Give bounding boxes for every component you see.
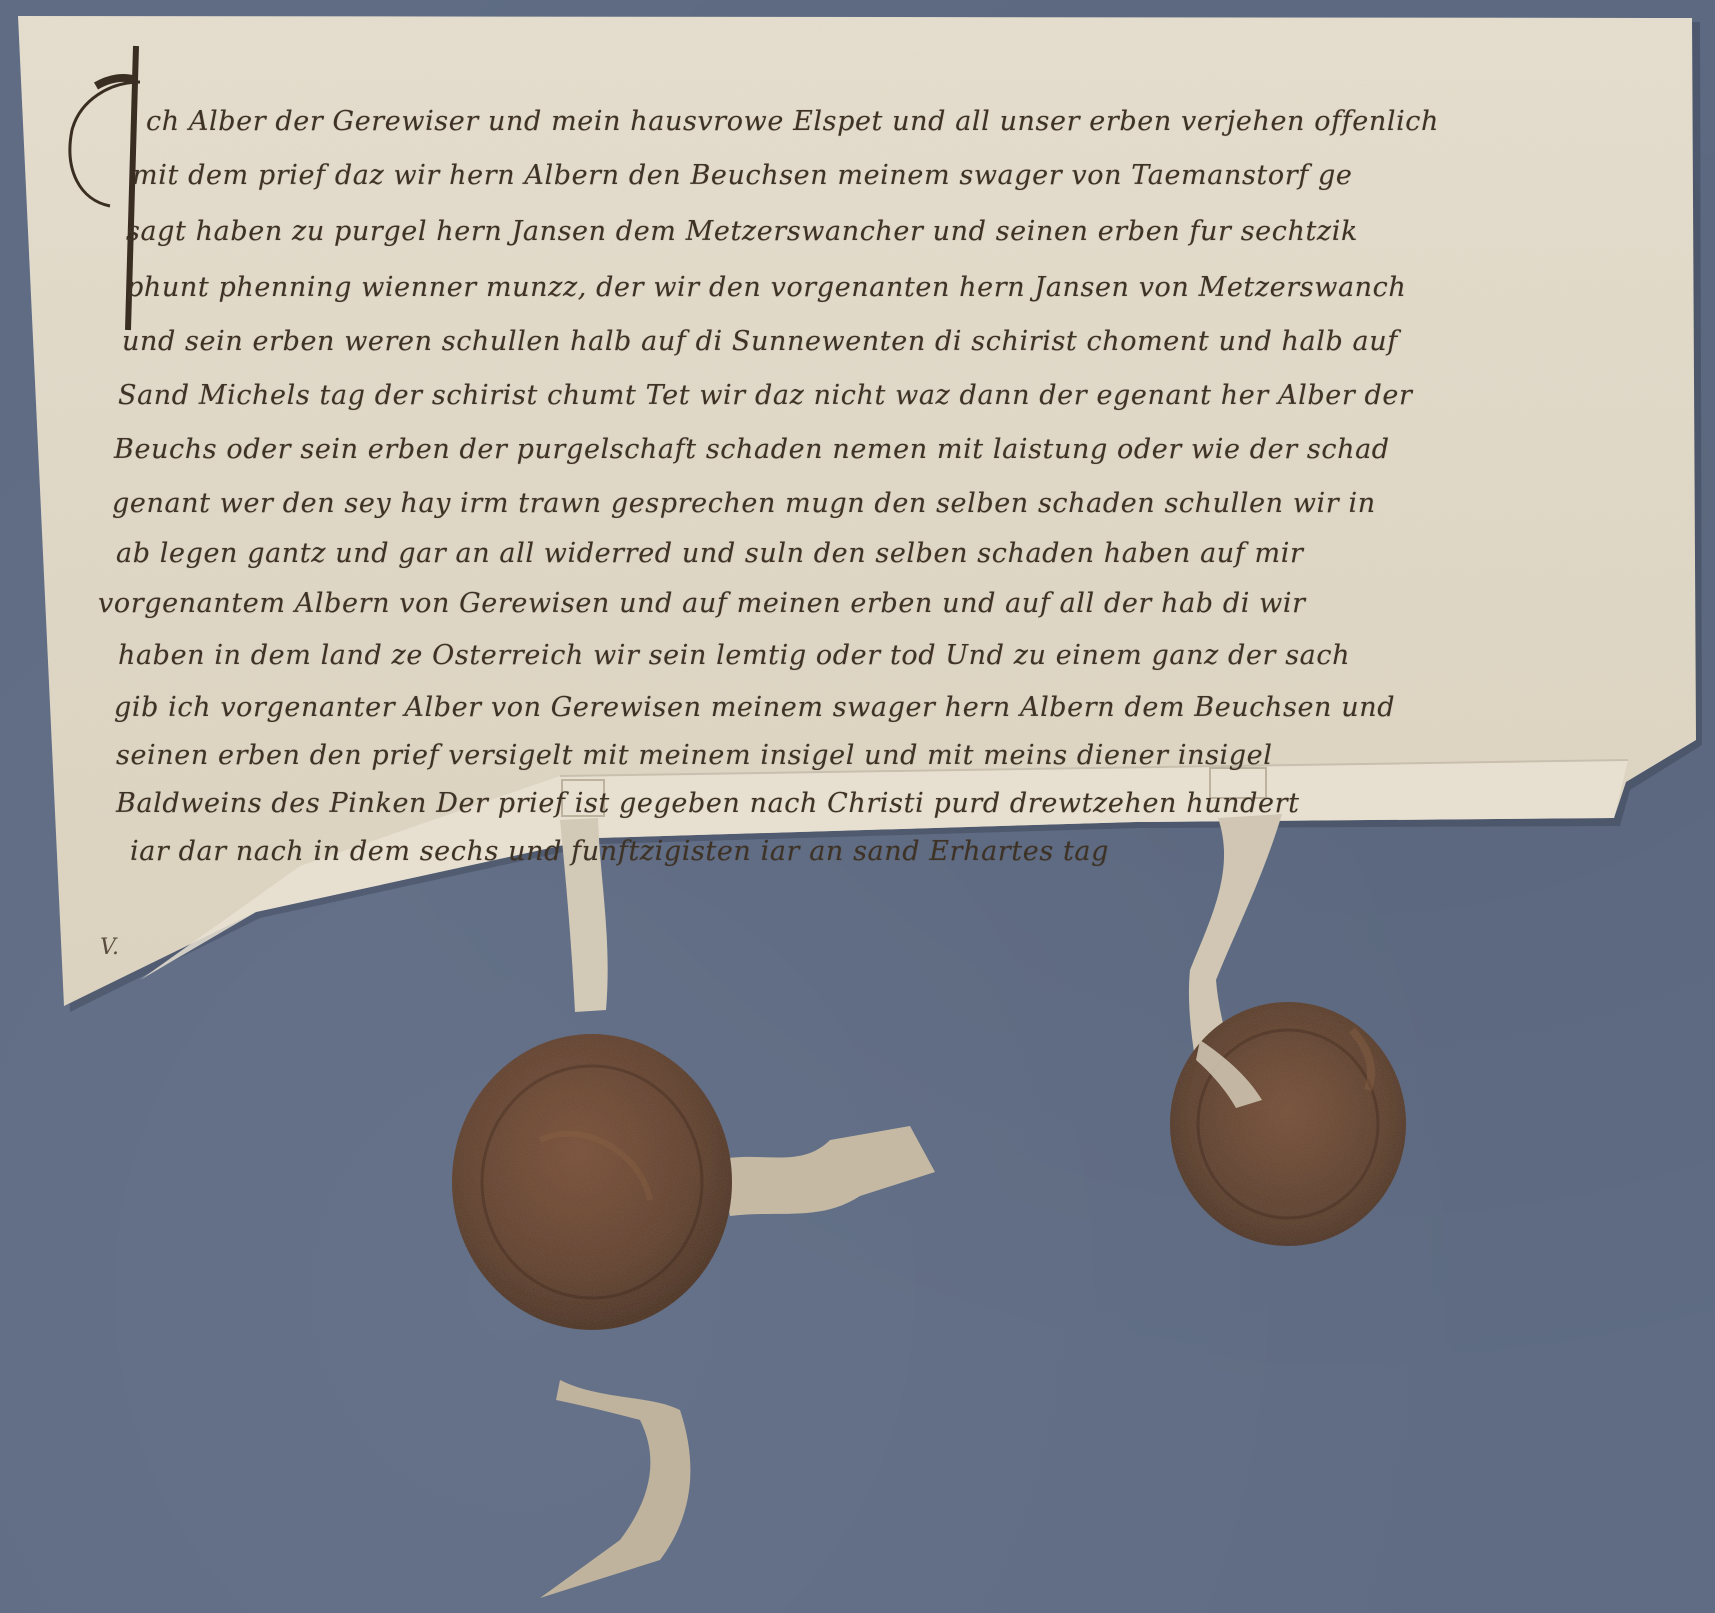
text-line-2: mit dem prief daz wir hern Albern den Be…	[132, 160, 1352, 191]
text-line-10: vorgenantem Albern von Gerewisen und auf…	[98, 588, 1306, 619]
text-line-5: und sein erben weren schullen halb auf d…	[122, 326, 1398, 357]
text-line-15: iar dar nach in dem sechs und funftzigis…	[130, 836, 1109, 867]
text-line-9: ab legen gantz und gar an all widerred u…	[116, 538, 1304, 569]
charter-scene: V. ch Alber der Gerewiser und mein hausv…	[0, 0, 1715, 1613]
text-line-7: Beuchs oder sein erben der purgelschaft …	[114, 434, 1390, 465]
text-line-14: Baldweins des Pinken Der prief ist gegeb…	[116, 788, 1300, 819]
text-line-1: ch Alber der Gerewiser und mein hausvrow…	[146, 106, 1439, 137]
text-line-4: phunt phenning wienner munzz, der wir de…	[126, 272, 1406, 303]
text-line-8: genant wer den sey hay irm trawn gesprec…	[112, 488, 1376, 519]
archive-mark: V.	[100, 935, 119, 960]
text-line-11: haben in dem land ze Osterreich wir sein…	[118, 640, 1350, 671]
text-line-12: gib ich vorgenanter Alber von Gerewisen …	[114, 692, 1395, 723]
text-line-3: sagt haben zu purgel hern Jansen dem Met…	[126, 216, 1358, 247]
text-line-6: Sand Michels tag der schirist chumt Tet …	[118, 380, 1413, 411]
right-wax-seal	[1170, 1002, 1406, 1246]
left-wax-seal	[452, 1034, 732, 1330]
text-line-13: seinen erben den prief versigelt mit mei…	[116, 740, 1272, 771]
